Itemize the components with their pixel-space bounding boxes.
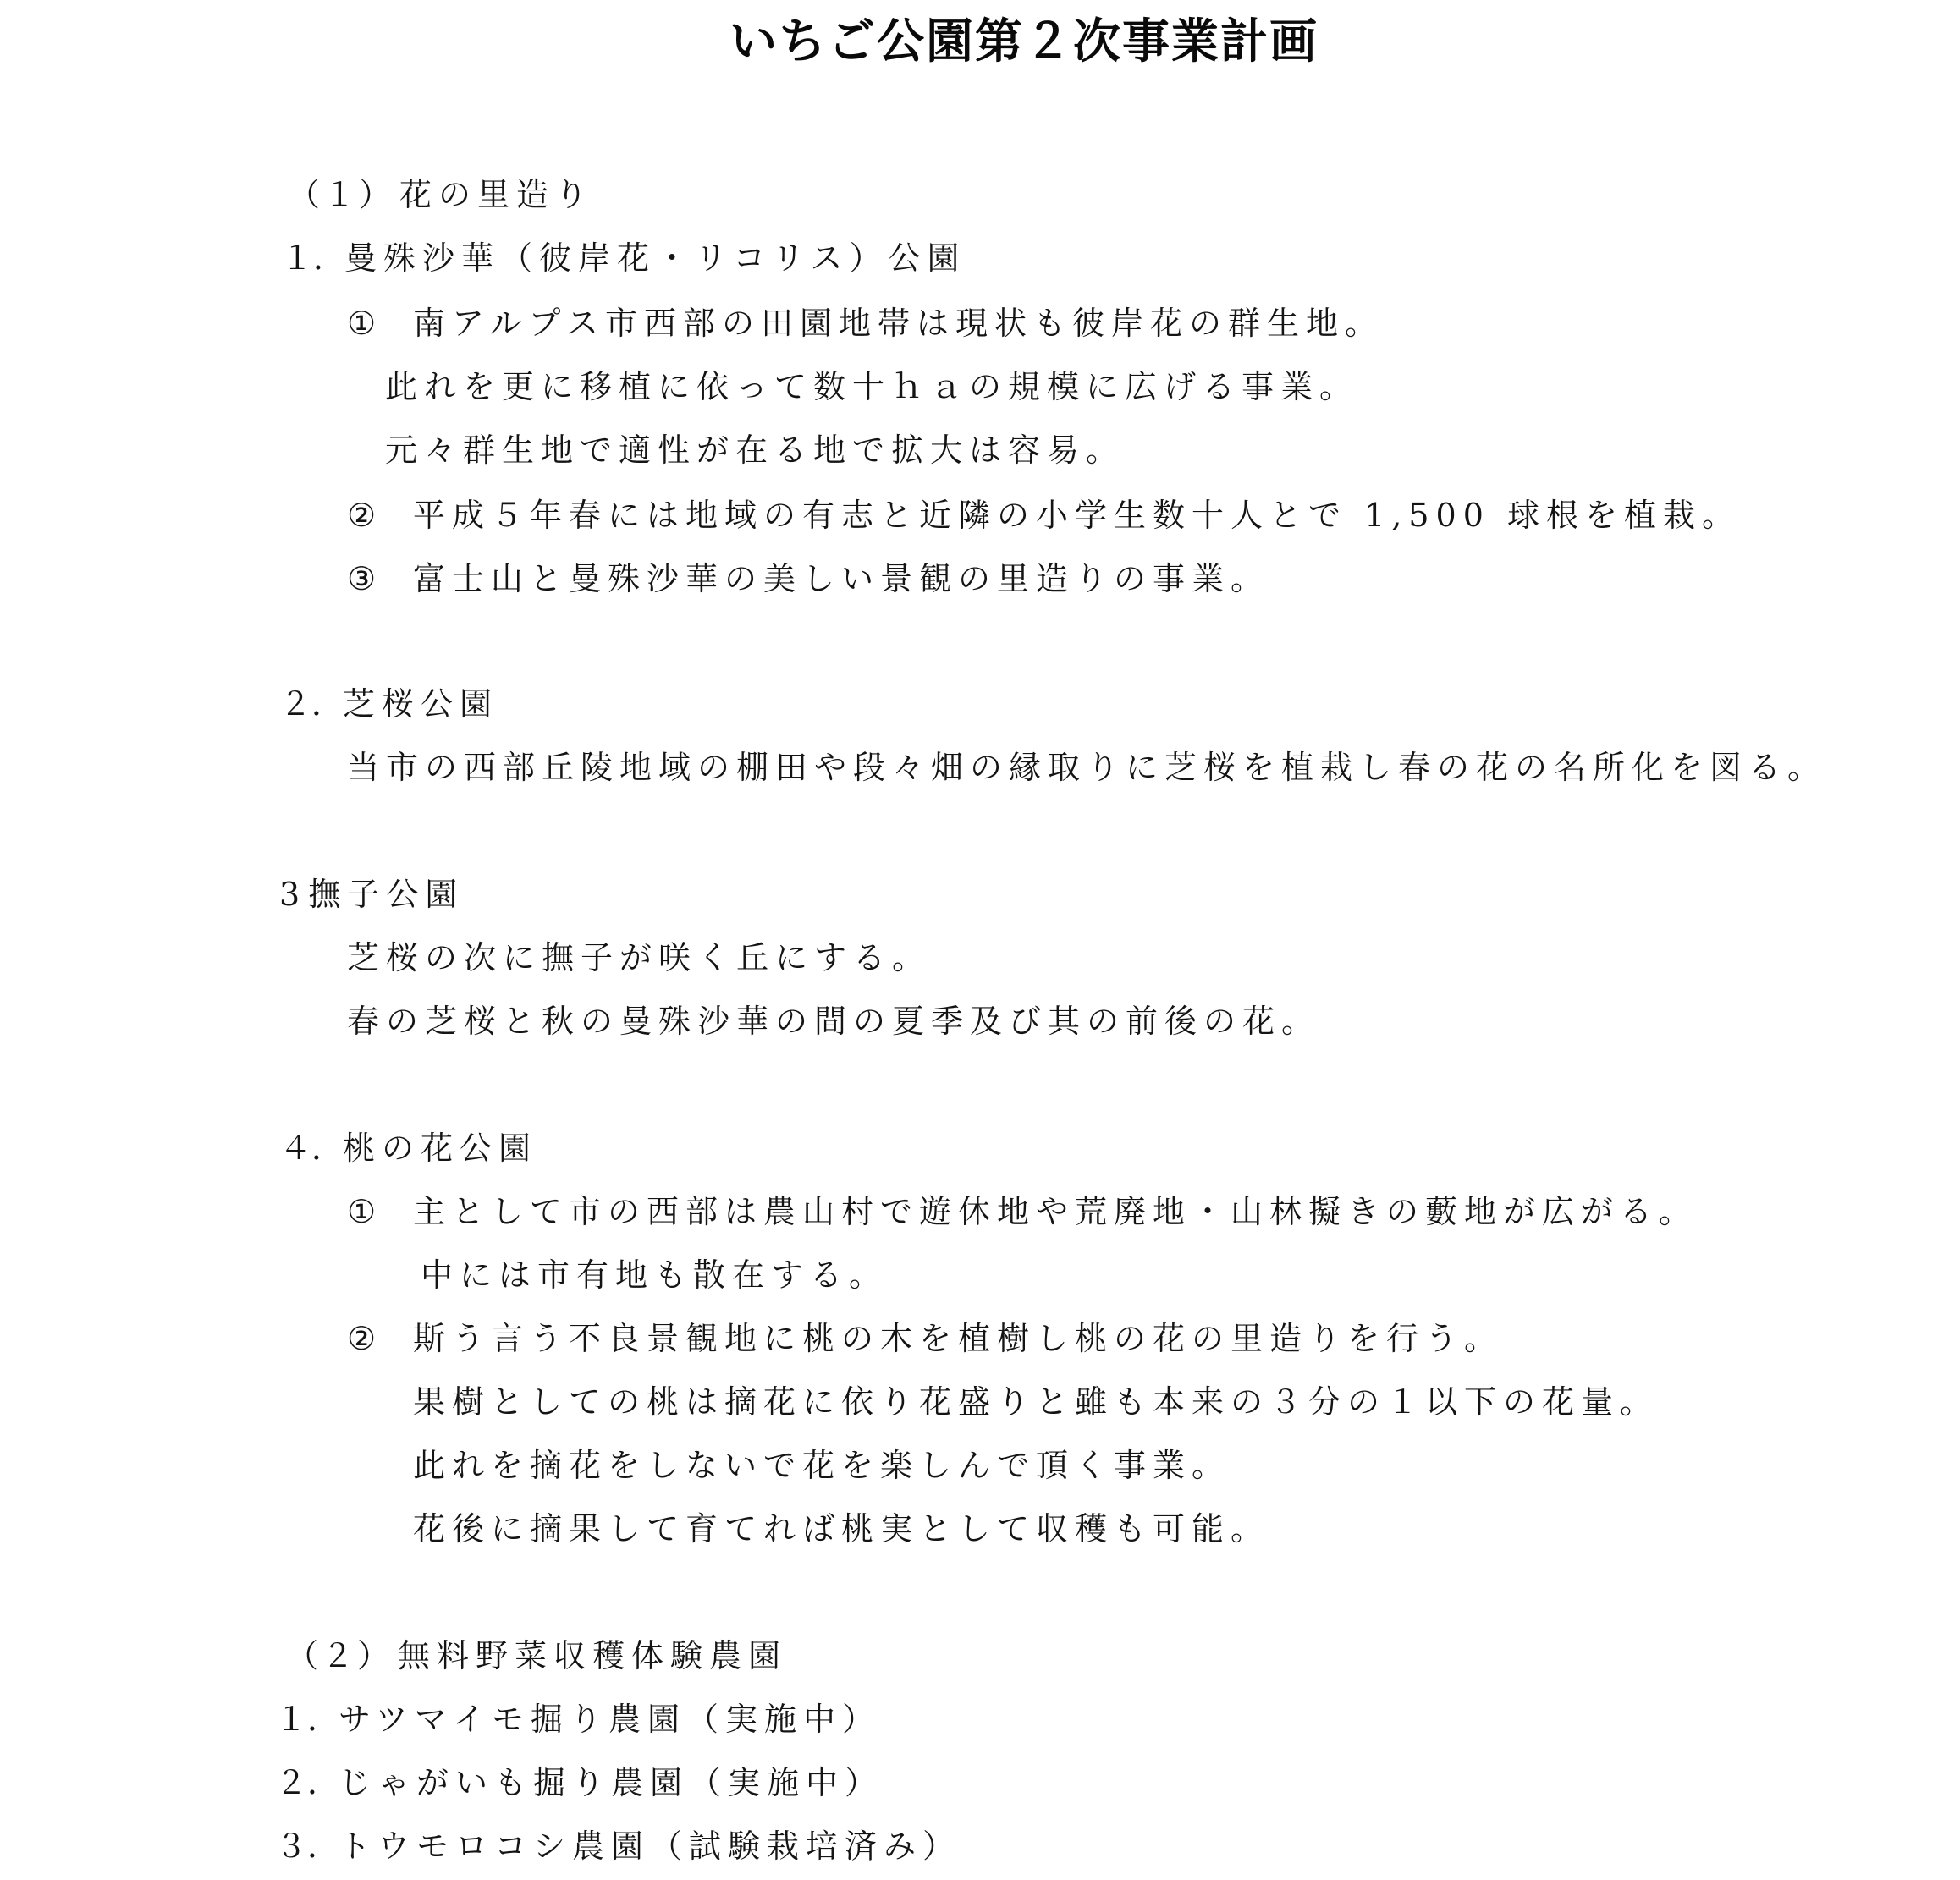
point-continuation: 果樹としての桃は摘花に依り花盛りと雖も本来の３分の１以下の花量。 [413,1382,1659,1422]
point-marker: ② [347,495,413,536]
point-continuation: 元々群生地で適性が在る地で拡大は容易。 [385,430,1125,470]
section-number: （１） [288,174,394,215]
item-title: トウモロコシ農園（試験栽培済み） [339,1828,961,1865]
point-marker: ① [347,303,413,344]
point-continuation: 中には市有地も散在する。 [421,1255,888,1295]
item-title: 曼殊沙華（彼岸花・リコリス）公園 [344,239,966,277]
item-heading: ４．桃の花公園 [279,1128,537,1168]
point-continuation: 花後に摘果して育てれば桃実として収穫も可能。 [413,1509,1269,1549]
item-body: 芝桜の次に撫子が咲く丘にする。 [347,937,931,978]
point-text: 平成５年春には地域の有志と近隣の小学生数十人とで 1,500 球根を植栽。 [413,497,1741,534]
item-number: ４． [279,1128,343,1168]
point: ②斯う言う不良景観地に桃の木を植樹し桃の花の里造りを行う。 [347,1318,1503,1359]
point-continuation: 此れを更に移植に依って数十ｈａの規模に広げる事業。 [385,366,1358,407]
item-body: 当市の西部丘陵地域の棚田や段々畑の縁取りに芝桜を植栽し春の花の名所化を図る。 [347,747,1826,788]
item-heading: ２．芝桜公園 [279,684,498,724]
item-title: 撫子公園 [308,876,464,913]
list-item: １．サツマイモ掘り農園（実施中） [275,1699,881,1740]
point-text: 斯う言う不良景観地に桃の木を植樹し桃の花の里造りを行う。 [413,1320,1503,1357]
document-page: いちご公園第２次事業計画 （１）花の里造り １．曼殊沙華（彼岸花・リコリス）公園… [0,0,1960,1880]
item-body: 春の芝桜と秋の曼殊沙華の間の夏季及び其の前後の花。 [347,1001,1320,1042]
item-title: じゃがいも掘り農園（実施中） [339,1764,884,1801]
point: ①主として市の西部は農山村で遊休地や荒廃地・山林擬きの藪地が広がる。 [347,1191,1698,1232]
item-number: 3 [279,874,300,915]
point-text: 南アルプス市西部の田園地帯は現状も彼岸花の群生地。 [413,305,1384,342]
list-item: ３．トウモロコシ農園（試験栽培済み） [275,1826,961,1866]
item-title: サツマイモ掘り農園（実施中） [339,1701,881,1738]
item-number: ３． [275,1826,339,1866]
point-marker: ② [347,1318,413,1359]
point-text: 主として市の西部は農山村で遊休地や荒廃地・山林擬きの藪地が広がる。 [413,1193,1698,1230]
list-item: ２．じゃがいも掘り農園（実施中） [275,1762,884,1803]
section-title: 花の里造り [399,176,594,213]
item-number: １． [281,238,344,278]
item-title: 芝桜公園 [343,685,498,723]
section-number: （２） [286,1635,393,1676]
point-marker: ① [347,1191,413,1232]
section-heading: （１）花の里造り [288,174,594,215]
section-title: 無料野菜収穫体験農園 [398,1637,787,1674]
point-continuation: 此れを摘花をしないで花を楽しんで頂く事業。 [413,1445,1231,1486]
point-text: 富士山と曼殊沙華の美しい景観の里造りの事業。 [413,560,1269,597]
point: ①南アルプス市西部の田園地帯は現状も彼岸花の群生地。 [347,303,1384,344]
item-title: 桃の花公園 [343,1130,537,1167]
point-marker: ③ [347,558,413,599]
point: ②平成５年春には地域の有志と近隣の小学生数十人とで 1,500 球根を植栽。 [347,495,1741,536]
section-heading: （２）無料野菜収穫体験農園 [286,1635,787,1676]
item-heading: １．曼殊沙華（彼岸花・リコリス）公園 [281,238,966,278]
document-title: いちご公園第２次事業計画 [729,12,1319,71]
item-heading: 3撫子公園 [279,874,464,915]
point: ③富士山と曼殊沙華の美しい景観の里造りの事業。 [347,558,1269,599]
item-number: １． [275,1699,339,1740]
item-number: ２． [275,1762,339,1803]
item-number: ２． [279,684,343,724]
